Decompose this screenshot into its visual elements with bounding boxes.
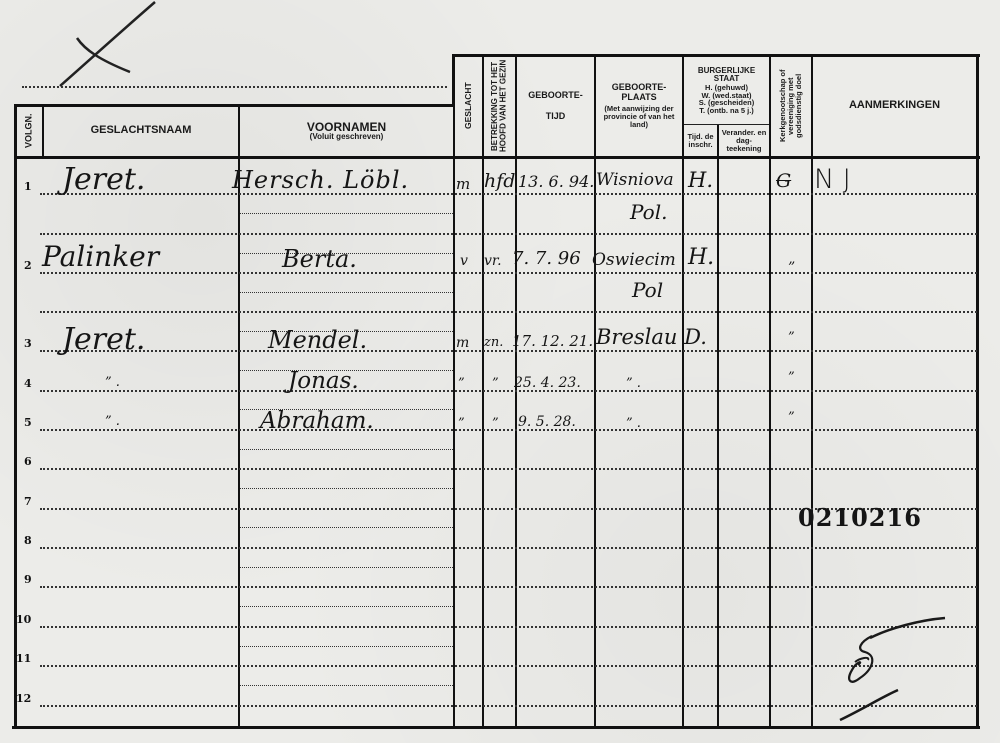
table-border-left (14, 104, 17, 728)
entry-4-sex-ditto: ” (458, 376, 465, 391)
entry-1-surname: Jeret. (62, 162, 145, 197)
col-sep-geslachtsnaam (238, 104, 240, 727)
header-burgerlijke-staat-title: BURGERLIJKE STAAT (692, 67, 762, 84)
entry-3-sex: m (456, 335, 469, 351)
entry-3-religion: ” (788, 330, 795, 345)
entry-1-religion: G (776, 170, 791, 192)
entry-1-sex: m (456, 175, 470, 193)
header-geboortetijd-line2: TIJD (546, 112, 566, 121)
entry-5-religion-ditto: ” (788, 410, 795, 425)
row-number-9: 9 (24, 573, 32, 586)
entry-1-birthplace: Wisniova (596, 170, 674, 190)
entry-5-firstnames: Abraham. (260, 408, 374, 434)
entry-2-sex: v (460, 253, 468, 269)
header-aanmerkingen: AANMERKINGEN (813, 56, 976, 156)
header-geslachtsnaam: GESLACHTSNAAM (44, 106, 238, 156)
entry-3-relation: zn. (484, 335, 503, 350)
entry-1-birthdate: 13. 6. 94. (518, 172, 594, 191)
row-number-10: 10 (16, 613, 31, 626)
entry-3-firstnames: Mendel. (268, 326, 367, 354)
entry-3-birthplace: Breslau D. (596, 325, 707, 349)
entry-4-relation-ditto: ” (492, 376, 499, 391)
header-verander: Verander. en dag- teekening (719, 126, 769, 156)
header-geboorteplaats-line2: PLAATS (621, 93, 656, 102)
header-voornamen: VOORNAMEN (Voluit geschreven) (240, 106, 453, 156)
row-number-12: 12 (16, 692, 31, 705)
entry-5-birthdate: 9. 5. 28. (518, 414, 576, 430)
row-number-7: 7 (24, 495, 32, 508)
header-betrekking: BETREKKING TOT HET HOOFD VAN HET GEZIN (484, 58, 515, 154)
document-stamp-number: 0210216 (798, 503, 922, 532)
entry-5-sex-ditto: ” (458, 416, 465, 431)
row-number-1: 1 (24, 180, 32, 193)
entry-5-surname-ditto: ” . (105, 414, 120, 429)
entry-2-birthdate: 7. 7. 96 (512, 248, 581, 269)
entry-4-birthplace-ditto: ” . (626, 376, 641, 391)
entry-4-firstnames: Jonas. (288, 368, 359, 394)
entry-1-firstnames: Hersch. Löbl. (232, 166, 409, 194)
entry-1-relation: hfd (484, 170, 515, 192)
header-tijd-inschr: Tijd. de inschr. (684, 126, 717, 156)
entry-2-firstnames: Berta. (282, 245, 357, 273)
entry-2-relation: vr. (484, 253, 502, 269)
header-geboorteplaats: GEBOORTE- PLAATS (Met aanwijzing der pro… (596, 56, 682, 156)
header-kerkgenootschap: Kerkgenootschap of vereeniging met godsd… (771, 56, 811, 156)
header-volgn: VOLGN. (16, 106, 42, 156)
row-number-5: 5 (24, 416, 32, 429)
entry-4-birthdate: 25. 4. 23. (514, 375, 581, 391)
header-geboortetijd: GEBOORTE- TIJD (517, 56, 594, 156)
col-sep-tijd-inschr (717, 125, 719, 727)
entry-2-birthplace: Oswiecim (592, 250, 676, 270)
entry-3-surname: Jeret. (62, 322, 145, 357)
entry-3-birthdate: 17. 12. 21. (512, 332, 593, 350)
entry-1-remarks: N J (814, 164, 851, 195)
entry-2-birthplace-country: Pol (632, 278, 663, 302)
header-burgerlijke-staat: BURGERLIJKE STAAT H. (gehuwd) W. (wed.st… (684, 58, 769, 124)
row-number-4: 4 (24, 377, 32, 390)
header-geboorteplaats-sub: (Met aanwijzing der provincie of van het… (599, 105, 679, 129)
cross-mark-icon (55, 0, 165, 90)
header-bs-t: T. (ontb. na 5 j.) (699, 107, 754, 115)
entry-2-surname: Palinker (42, 240, 159, 273)
col-sep-voornamen (453, 104, 455, 727)
entry-5-birthplace-ditto: ” . (626, 416, 641, 431)
header-geslacht: GESLACHT (455, 56, 482, 156)
entry-4-religion-ditto: ” (788, 370, 795, 385)
entry-1-birthplace-country: Pol. (630, 200, 667, 224)
entry-5-relation-ditto: ” (492, 416, 499, 431)
row-number-2: 2 (24, 259, 32, 272)
entry-2-civil-status: H. (688, 245, 714, 270)
row-number-6: 6 (24, 455, 32, 468)
header-bottom-border (15, 156, 980, 159)
row-number-3: 3 (24, 337, 32, 350)
row-number-8: 8 (24, 534, 32, 547)
row-number-11: 11 (16, 652, 31, 665)
page-mark-5-icon (820, 590, 960, 730)
header-geboortetijd-line1: GEBOORTE- (528, 91, 583, 100)
registration-card: VOLGN. GESLACHTSNAAM VOORNAMEN (Voluit g… (0, 0, 1000, 743)
entry-1-civil-status: H. (688, 168, 713, 192)
entry-2-religion: ” (788, 260, 795, 276)
header-voornamen-sub: (Voluit geschreven) (310, 133, 384, 141)
burgerlijke-staat-divider (684, 124, 769, 125)
entry-4-surname-ditto: ” . (105, 375, 120, 390)
header-dotted-rule (22, 86, 447, 88)
